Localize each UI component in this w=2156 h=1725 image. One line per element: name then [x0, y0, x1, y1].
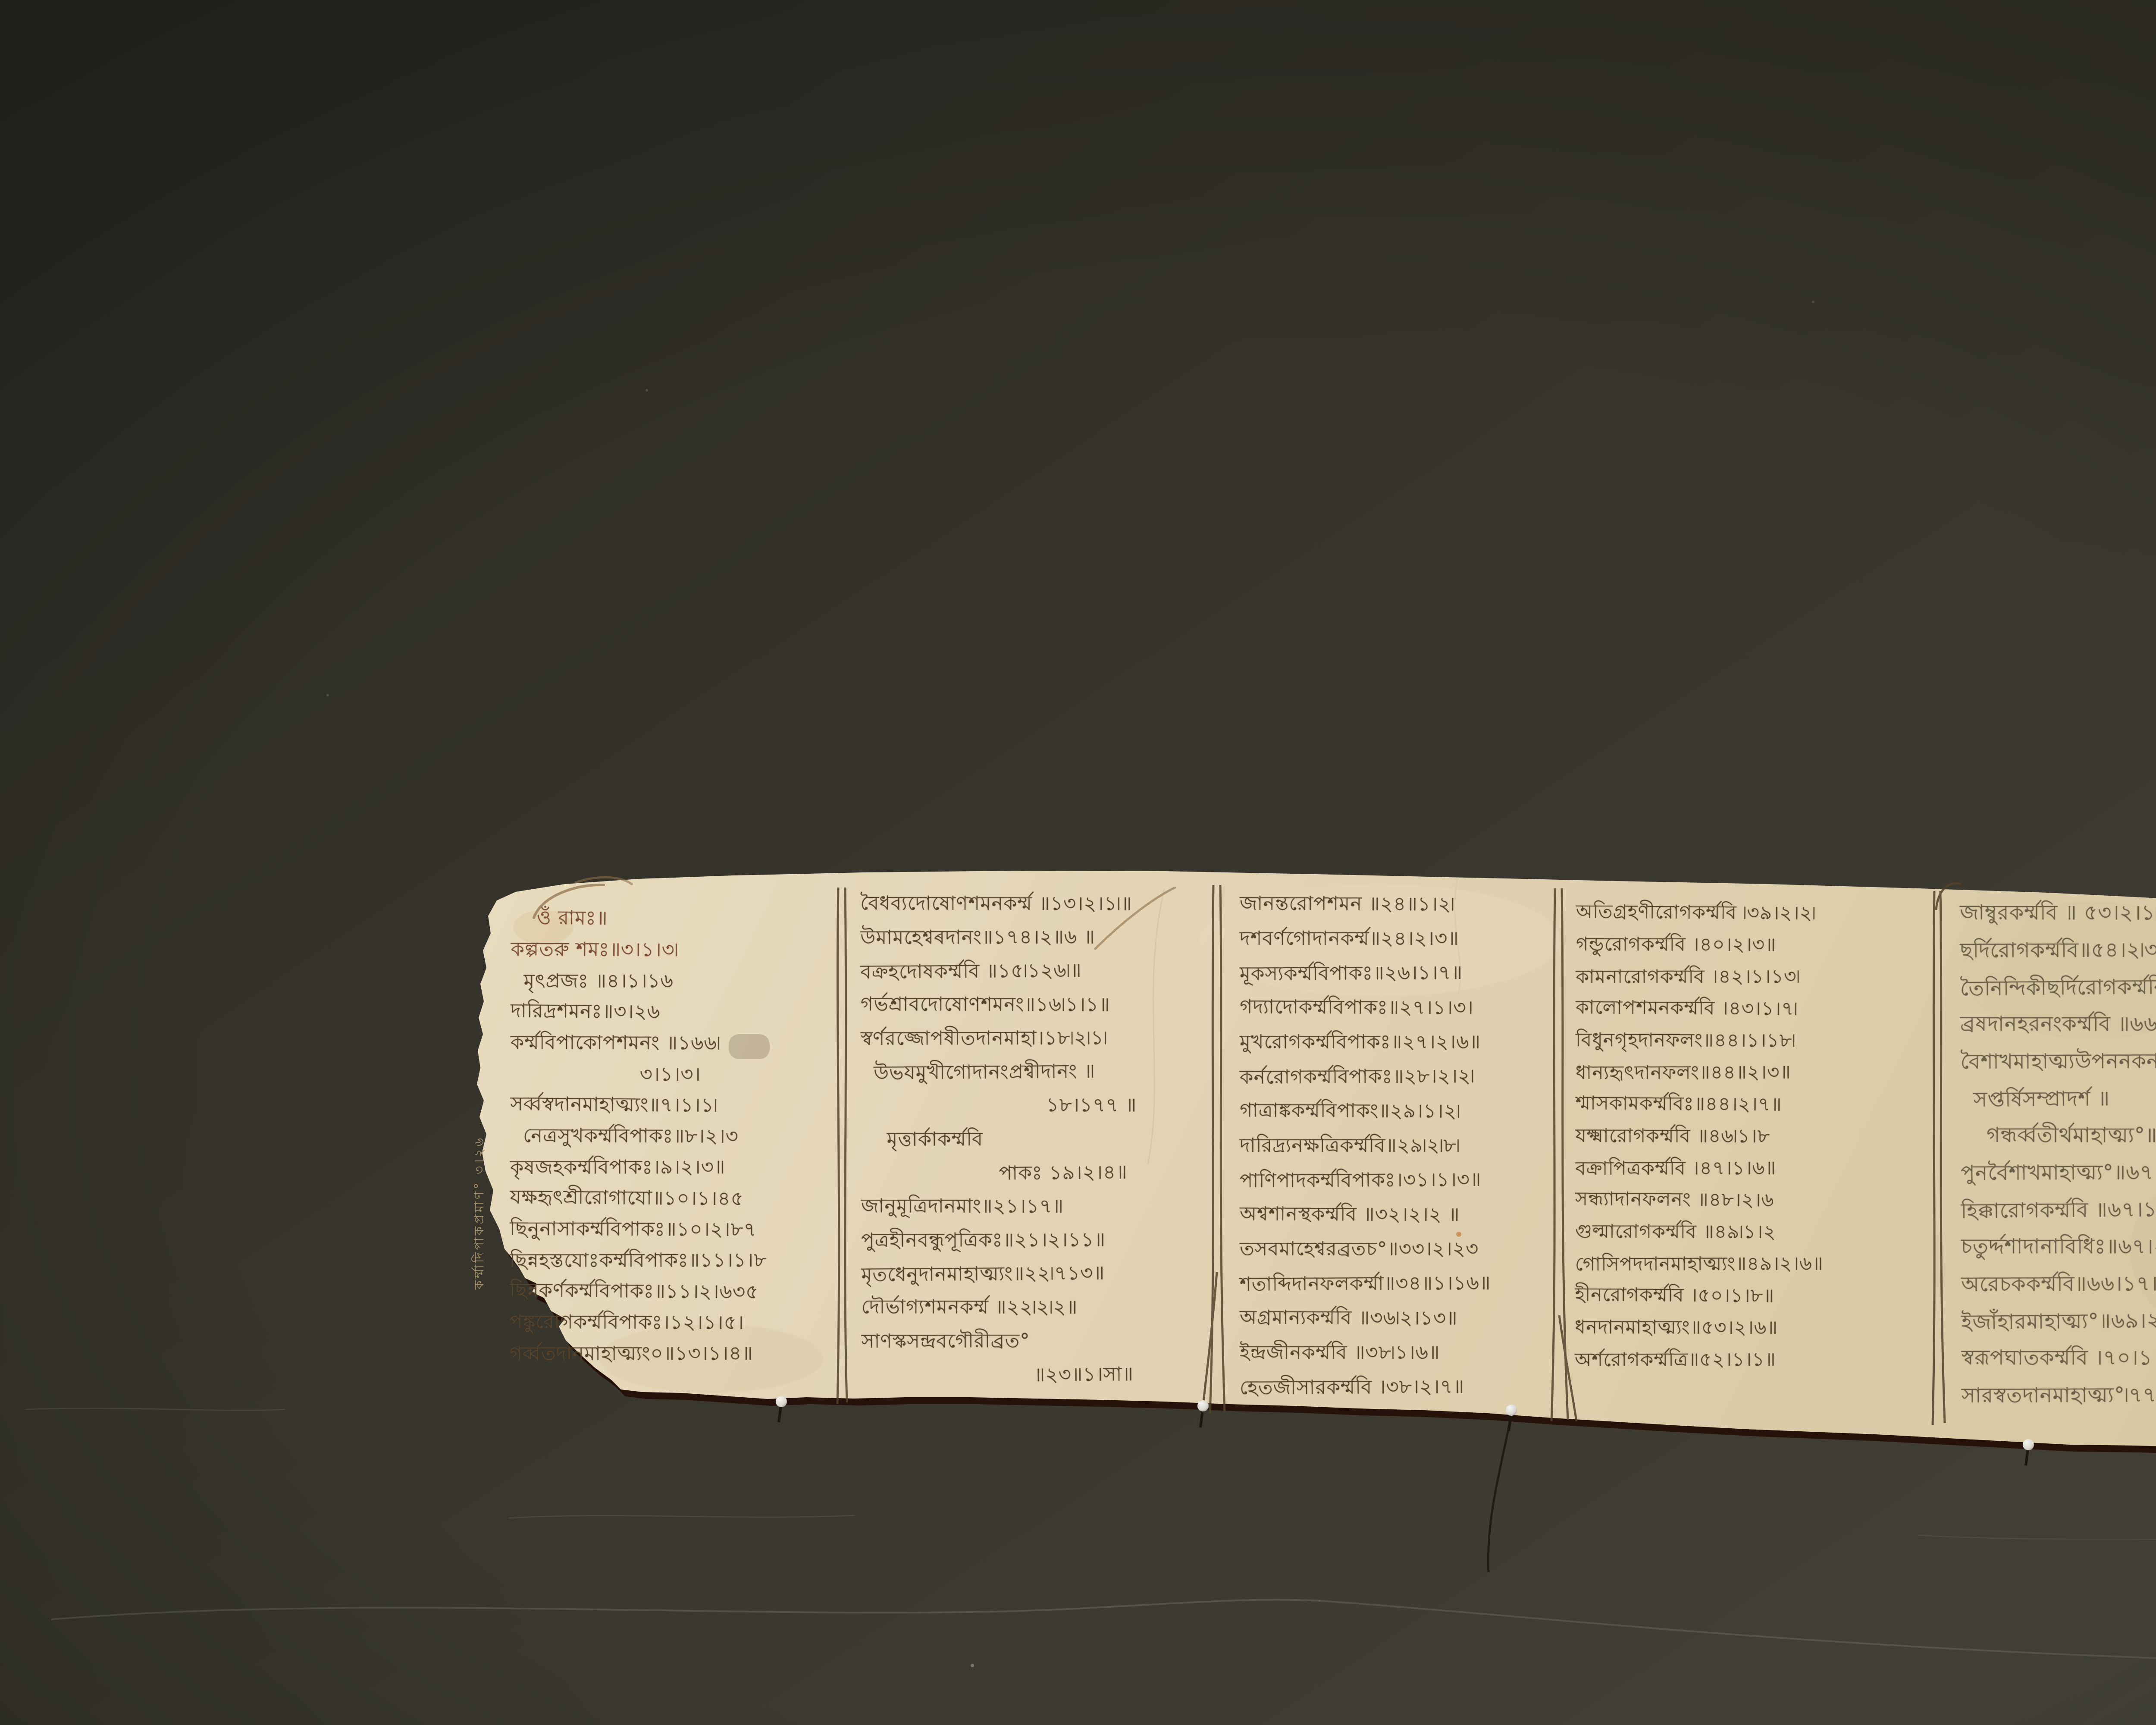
- manuscript-line: হীনরোগকর্ম্মবি ।৫০।১।৮॥: [1575, 1280, 1920, 1314]
- vignette-overlay: [0, 0, 2156, 1725]
- manuscript-line: কামনারোগকর্ম্মবি ।৪২।১।১৩৷: [1576, 962, 1921, 994]
- manuscript-line: পাকঃ ১৯।২।৪॥: [999, 1157, 1202, 1192]
- text-column-3: জানন্তরোপশমন ॥২৪॥১।২৷ দশবর্ণগোদানকর্ম্ম॥…: [1240, 889, 1546, 1407]
- manuscript-line: জানন্তরোপশমন ॥২৪॥১।২৷: [1240, 888, 1546, 924]
- manuscript-line: তৈনিন্দিকীছর্দিরোগকর্ম্মবি৷৬৫৷: [1960, 970, 2156, 1010]
- manuscript-line: উভযমুখীগোদানংপ্রশ্বীদানং ॥: [874, 1056, 1202, 1092]
- manuscript-line: উমামহেশ্বৰদানং॥১৭৪।২॥৬ ॥: [860, 922, 1201, 957]
- manuscript-line: গর্ভশ্রাবদোষোণশমনং॥১৬৷১।১॥: [861, 989, 1201, 1023]
- manuscript-line: ইজাঁহারমাহাত্ম্য°॥৬৯।২।৬॥: [1961, 1304, 2156, 1344]
- manuscript-line: তসবমাহেশ্বরব্রতচ°॥৩৩।২।২৩: [1240, 1234, 1546, 1269]
- manuscript-line: ছিন্নকর্ণকর্ম্মবিপাকঃ॥১১।২।৬৩৫: [510, 1275, 829, 1309]
- manuscript-line: স্বরূপঘাতকর্ম্মবি ।৭০।১।৮॥: [1962, 1342, 2156, 1380]
- manuscript-line: গন্ডুরোগকর্ম্মবি ।৪০।২।৩॥: [1576, 930, 1921, 963]
- manuscript-line: মৃত্তার্কাকর্ম্মবি: [887, 1124, 1201, 1158]
- manuscript-line: কৃষজহকর্ম্মবিপাকঃ।৯।২।৩॥: [510, 1152, 829, 1184]
- manuscript-line: মুখরোগকর্ম্মবিপাকঃ॥২৭।২।৬॥: [1240, 1027, 1546, 1062]
- manuscript-line: গোসিপদদানমাহাত্ম্যং॥৪৯।২।৬॥: [1575, 1249, 1920, 1282]
- manuscript-line: সর্ব্বস্বদানমাহাত্ম্যং॥৭।১।১৷: [510, 1089, 830, 1123]
- manuscript-line: গাত্রাঙ্ককর্ম্মবিপাকং॥২৯।১।২৷: [1240, 1095, 1546, 1131]
- manuscript-line: কর্ম্মবিপাকোপশমনং ॥১৬৬৷: [511, 1028, 830, 1060]
- manuscript-line: ছিনুনাসাকর্ম্মবিপাকঃ॥১০।২।৮৭: [510, 1214, 829, 1246]
- manuscript-line: যক্ষহৃৎশ্রীরোগাযো॥১০।১।৪৫: [510, 1182, 829, 1216]
- manuscript-line: চতুর্দ্দশাদানাবিধিঃ॥৬৭।২।৪॥: [1961, 1231, 2156, 1268]
- manuscript-line: ব্রষদানহরনংকর্ম্মবি ॥৬৬৷২৷৩: [1960, 1008, 2156, 1046]
- manuscript-line: পঙ্কুরোগকর্ম্মবিপাকঃ।১২।১।৫।: [509, 1307, 828, 1339]
- text-column-2: বৈধব্যদোষোণশমনকর্ম্ম ॥১৩।২।১৷॥ উমামহেশ্ব…: [860, 888, 1202, 1394]
- manuscript-line: হেতজীসারকর্ম্মবি ।৩৮।২।৭॥: [1240, 1371, 1546, 1408]
- manuscript-line: দশবর্ণগোদানকর্ম্ম॥২৪।২।৩॥: [1240, 924, 1546, 958]
- manuscript-line: হিক্কারোগকর্ম্মবি ॥৬৭।১।২: [1961, 1192, 2156, 1233]
- manuscript-line: দৌর্ভাগ্যশমনকর্ম্ম ॥২২৷২৷২॥: [861, 1292, 1202, 1326]
- manuscript-line: দারিদ্র্যনক্ষত্রিকর্ম্মবি॥২৯৷২৷৮৷: [1240, 1131, 1546, 1165]
- manuscript-line: বক্রাপিত্রকর্ম্মবি ।৪৭।১।৬॥: [1575, 1153, 1920, 1186]
- manuscript-line: কালোপশমনকর্ম্মবি ।৪৩।১।৭৷: [1576, 993, 1921, 1027]
- text-column-5: জাম্বুরকর্ম্মবি ॥ ৫৩।২।১৷ ছর্দিরোগকর্ম্ম…: [1960, 897, 2156, 1417]
- manuscript-line: শতাব্দিদানফলকর্ম্মা॥৩৪॥১।১৬॥: [1240, 1268, 1546, 1304]
- manuscript-line: যক্ষ্মারোগকর্ম্মবি ॥৪৬৷১।৮: [1575, 1121, 1920, 1154]
- manuscript-line: মৃৎপ্রজঃ ॥৪।১।১৬: [523, 966, 830, 997]
- manuscript-line: কর্নরোগকর্ম্মবিপাকঃ॥২৮।২।২৷: [1240, 1061, 1546, 1097]
- manuscript-line: সাণস্কসন্দ্রবগৌরীব্রত°: [862, 1326, 1202, 1360]
- manuscript-line: গুল্মারোগকর্ম্মবি ॥৪৯৷১।২: [1575, 1217, 1920, 1250]
- manuscript-line: মূকস্যকর্ম্মবিপাকঃ॥২৬।১।৭॥: [1240, 957, 1546, 994]
- manuscript-line: অতিগ্রহণীরোগকর্ম্মবি ৷৩৯।২।২৷: [1576, 897, 1921, 931]
- manuscript-line: ১৮।১৭৭ ॥: [1046, 1090, 1201, 1124]
- text-column-4: অতিগ্রহণীরোগকর্ম্মবি ৷৩৯।২।২৷ গন্ডুরোগকর…: [1575, 898, 1921, 1377]
- manuscript-line: ওঁ রামঃ॥: [537, 903, 830, 936]
- manuscript-line: গর্ব্বতদানমাহাত্ম্যং০॥১৩।১।৪॥: [509, 1339, 828, 1370]
- scene: [0, 0, 2156, 1725]
- manuscript-line: সারস্বতদানমাহাত্ম্য°৷৭৭।১।২: [1962, 1379, 2156, 1417]
- manuscript-line: জাম্বুরকর্ম্মবি ॥ ৫৩।২।১৷: [1960, 897, 2156, 935]
- manuscript-line: পুত্রহীনবন্ধুপূত্রিকঃ॥২১।২।১১॥: [861, 1225, 1202, 1259]
- manuscript-line: বৈশাখমাহাত্ম্যউপননকর্ন°॥৬৬।২।৮: [1960, 1045, 2156, 1083]
- manuscript-line: নেত্রসুখকর্ম্মবিপাকঃ॥৮।২।৩: [523, 1121, 829, 1153]
- manuscript-line: অর্শরোগকর্ম্মত্রি॥৫২।১।১॥: [1575, 1345, 1920, 1377]
- manuscript-line: ছিন্নহস্তযোঃকর্ম্মবিপাকঃ॥১১।১।৮: [510, 1245, 829, 1277]
- manuscript-line: অরেচককর্ম্মবি॥৬৬।১৭।৪॥: [1961, 1267, 2156, 1306]
- manuscript-line: সপ্তর্ষিসম্প্রাদর্শ ॥: [1973, 1081, 2156, 1121]
- manuscript-line: মৃতধেনুদানমাহাত্ম্যং॥২২৷৭১৩॥: [861, 1258, 1202, 1294]
- manuscript-line: বক্রহদোষকর্ম্মবি ॥১৫৷১২৬৷॥: [860, 955, 1201, 991]
- manuscript-line: গদ্যাদোকর্ম্মবিপাকঃ॥২৭।১।৩।: [1240, 992, 1546, 1028]
- manuscript-line: বৈধব্যদোষোণশমনকর্ম্ম ॥১৩।২।১৷॥: [860, 888, 1201, 922]
- text-column-1: ওঁ রামঃ॥ কল্পতরু শমঃ॥৩।১।৩৷ মৃৎপ্রজঃ ॥৪।…: [509, 903, 830, 1371]
- manuscript-line: স্বর্ণরজ্জোপষীতদানমাহা।১৮৷২৷১৷: [861, 1023, 1201, 1057]
- manuscript-line: অশ্বশানস্থকর্ম্মবি ॥৩২।২।২ ॥: [1240, 1199, 1546, 1235]
- manuscript-line: বিধুনগৃহদানফলং॥৪৪।১।১৮৷: [1576, 1026, 1921, 1058]
- manuscript-line: ॥২৩॥১।সা॥: [1034, 1359, 1203, 1394]
- manuscript-line: সন্ধ্যাদানফলনং ॥৪৮।২।৬: [1575, 1184, 1920, 1219]
- manuscript-line: কল্পতরু শমঃ॥৩।১।৩৷: [511, 935, 830, 967]
- manuscript-line: দারিদ্রশমনঃ॥৩।২৬: [511, 996, 830, 1029]
- margin-note: কর্ম্মাদিপাকপ্রমাণ° ৩।২৬: [468, 988, 490, 1289]
- manuscript-line: ছর্দিরোগকর্ম্মবি॥৫৪।২৷৩: [1960, 934, 2156, 972]
- manuscript-line: ৩।১।৩।: [640, 1059, 830, 1091]
- manuscript-line: অগ্রমান্যকর্ম্মবি ॥৩৬৷২।১৩॥: [1240, 1302, 1546, 1338]
- manuscript-line: গন্ধর্ব্বতীর্থমাহাত্ম্য°॥৬৩।৭২॥: [1987, 1120, 2156, 1157]
- photograph-of-manuscript: কর্ম্মাদিপাকপ্রমাণ° ৩।২৬ ওঁ রামঃ॥ কল্পতর…: [0, 0, 2156, 1725]
- manuscript-line: ইন্দ্রজীনকর্ম্মবি ॥৩৮৷১।৬॥: [1240, 1338, 1546, 1372]
- manuscript-line: পাণিপাদকর্ম্মবিপাকঃ।৩১।১।৩॥: [1240, 1164, 1546, 1201]
- manuscript-line: পুনর্বৈশাখমাহাত্ম্য°॥৬৭।১।৬॥: [1961, 1156, 2156, 1195]
- manuscript-line: ধান্যহৃৎদানফলং॥৪৪॥২।৩॥: [1576, 1057, 1921, 1090]
- manuscript-line: জানুমূত্রিদানমাং॥২১।১৭॥: [861, 1191, 1202, 1225]
- manuscript-line: শ্মাসকামকর্ম্মবিঃ॥৪৪।২।৭॥: [1575, 1088, 1920, 1123]
- manuscript-line: ধনদানমাহাত্ম্যং॥৫৩।২।৬॥: [1575, 1313, 1920, 1345]
